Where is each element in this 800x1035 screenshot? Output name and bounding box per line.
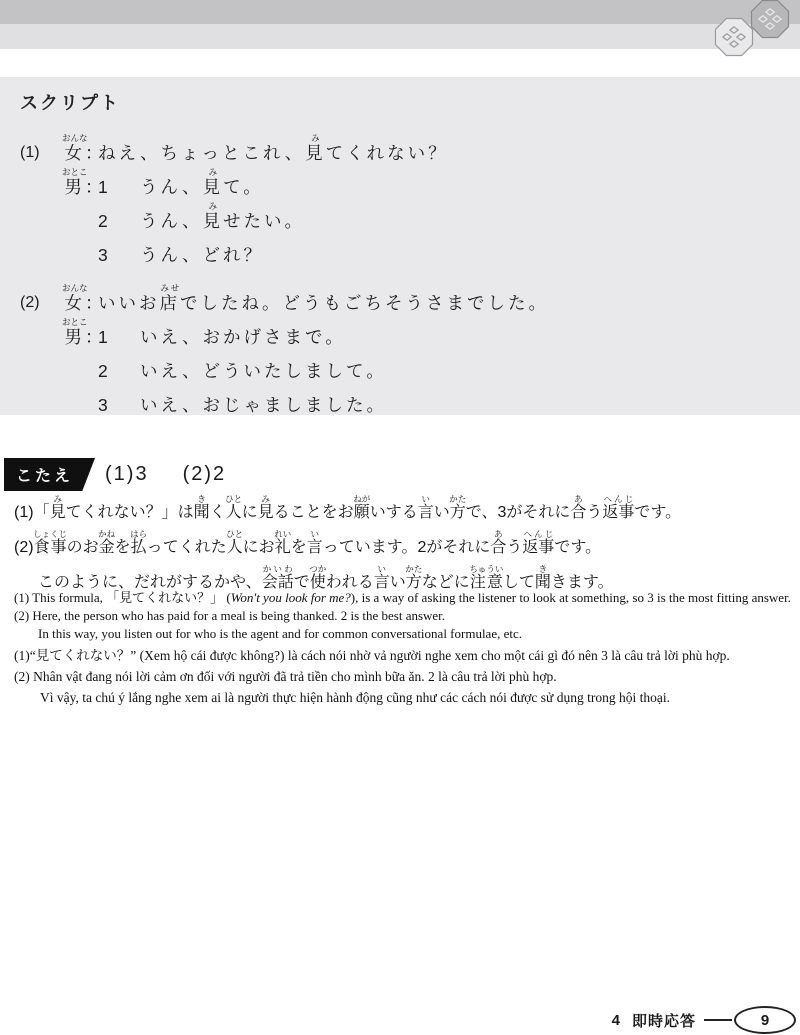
dialogue-text: いえ、おじゃましました。 [140, 396, 780, 414]
explanation-line: (2)食事しょくじのお金かねを払はらってくれた人ひとにお礼れいを言いっています。… [14, 522, 792, 557]
section-title: 即時応答 [632, 1010, 696, 1031]
page-number: 9 [761, 1012, 769, 1029]
octagon-diamond-ornament-icon [707, 0, 797, 60]
explanation-line: (1)“見てくれない？” (Xem hộ cái được không?) là… [14, 645, 792, 666]
footer-connector-line [704, 1019, 732, 1021]
dialogue-text: いいお店みせでしたね。どうもごちそうさまでした。 [98, 283, 780, 312]
page-footer: 4 即時応答 9 [612, 1006, 796, 1034]
explanation-japanese: (1)「見みてくれない？」は聞きく人ひとに見みることをお願ねがいする言いい方かた… [14, 487, 792, 592]
page-number-badge: 9 [734, 1006, 796, 1034]
text-segment: (1) This formula, 「見てくれない？」 ( [14, 590, 231, 605]
speaker-label: 男おとこ： [62, 317, 98, 346]
text-segment: (1)“見てくれない？” (Xem hộ cái được không?) là… [14, 648, 730, 663]
explanation-line: (1) This formula, 「見てくれない？」 (Won't you l… [14, 589, 792, 607]
script-item: (2)女おんな：いいお店みせでしたね。どうもごちそうさまでした。男おとこ：1いえ… [20, 278, 780, 414]
explanation-line: In this way, you listen out for who is t… [14, 625, 792, 643]
script-line: 3うん、どれ？ [20, 230, 780, 264]
item-number: (1) [20, 145, 62, 162]
header-bar-light [0, 24, 800, 49]
choice-number: 2 [98, 212, 140, 230]
choice-number: 3 [98, 246, 140, 264]
explanation-line: (2) Nhân vật đang nói lời cảm ơn đối với… [14, 666, 792, 687]
text-segment: (2) Here, the person who has paid for a … [14, 608, 445, 623]
script-line: 3いえ、おじゃましました。 [20, 380, 780, 414]
dialogue-text: いえ、おかげさまで。 [140, 328, 780, 346]
explanation-line: このように、だれがするかや、会話かいわで使つかわれる言いい方かたなどに注意ちゅう… [14, 557, 792, 592]
script-line: 男おとこ：1いえ、おかげさまで。 [20, 312, 780, 346]
script-line: 男おとこ：1うん、見みて。 [20, 162, 780, 196]
script-line: (1)女おんな：ねえ、ちょっとこれ、見みてくれない？ [20, 128, 780, 162]
answer-item: (2)2 [183, 463, 227, 485]
answer-values: (1)3(2)2 [105, 463, 226, 486]
script-panel: スクリプト (1)女おんな：ねえ、ちょっとこれ、見みてくれない？男おとこ：1うん… [0, 77, 800, 415]
choice-number: 1 [98, 178, 140, 196]
speaker-label: 女おんな： [62, 133, 98, 162]
dialogue-text: うん、見みせたい。 [140, 201, 780, 230]
script-item: (1)女おんな：ねえ、ちょっとこれ、見みてくれない？男おとこ：1うん、見みて。2… [20, 128, 780, 264]
script-line: 2うん、見みせたい。 [20, 196, 780, 230]
section-number: 4 [612, 1012, 620, 1029]
textbook-page: スクリプト (1)女おんな：ねえ、ちょっとこれ、見みてくれない？男おとこ：1うん… [0, 0, 800, 1035]
text-segment: Won't you look for me? [231, 590, 351, 605]
choice-number: 3 [98, 396, 140, 414]
text-segment: (2) Nhân vật đang nói lời cảm ơn đối với… [14, 669, 557, 684]
script-line: (2)女おんな：いいお店みせでしたね。どうもごちそうさまでした。 [20, 278, 780, 312]
script-heading: スクリプト [20, 89, 780, 115]
header-bar-dark [0, 0, 800, 24]
text-segment: Vì vậy, ta chú ý lắng nghe xem ai là ngư… [40, 690, 670, 705]
explanation-vietnamese: (1)“見てくれない？” (Xem hộ cái được không?) là… [14, 645, 792, 708]
speaker-label: 男おとこ： [62, 167, 98, 196]
explanation-english: (1) This formula, 「見てくれない？」 (Won't you l… [14, 589, 792, 643]
choice-number: 1 [98, 328, 140, 346]
dialogue-text: いえ、どういたしまして。 [140, 362, 780, 380]
dialogue-text: ねえ、ちょっとこれ、見みてくれない？ [98, 133, 780, 162]
item-number: (2) [20, 295, 62, 312]
answer-item: (1)3 [105, 463, 149, 485]
text-segment: ), is a way of asking the listener to lo… [351, 590, 791, 605]
dialogue-text: うん、見みて。 [140, 167, 780, 196]
script-dialogue: (1)女おんな：ねえ、ちょっとこれ、見みてくれない？男おとこ：1うん、見みて。2… [20, 128, 780, 414]
dialogue-text: うん、どれ？ [140, 246, 780, 264]
explanation-line: (1)「見みてくれない？」は聞きく人ひとに見みることをお願ねがいする言いい方かた… [14, 487, 792, 522]
script-line: 2いえ、どういたしまして。 [20, 346, 780, 380]
text-segment: In this way, you listen out for who is t… [38, 626, 522, 641]
choice-number: 2 [98, 362, 140, 380]
explanation-line: (2) Here, the person who has paid for a … [14, 607, 792, 625]
explanation-line: Vì vậy, ta chú ý lắng nghe xem ai là ngư… [14, 687, 792, 708]
speaker-label: 女おんな： [62, 283, 98, 312]
